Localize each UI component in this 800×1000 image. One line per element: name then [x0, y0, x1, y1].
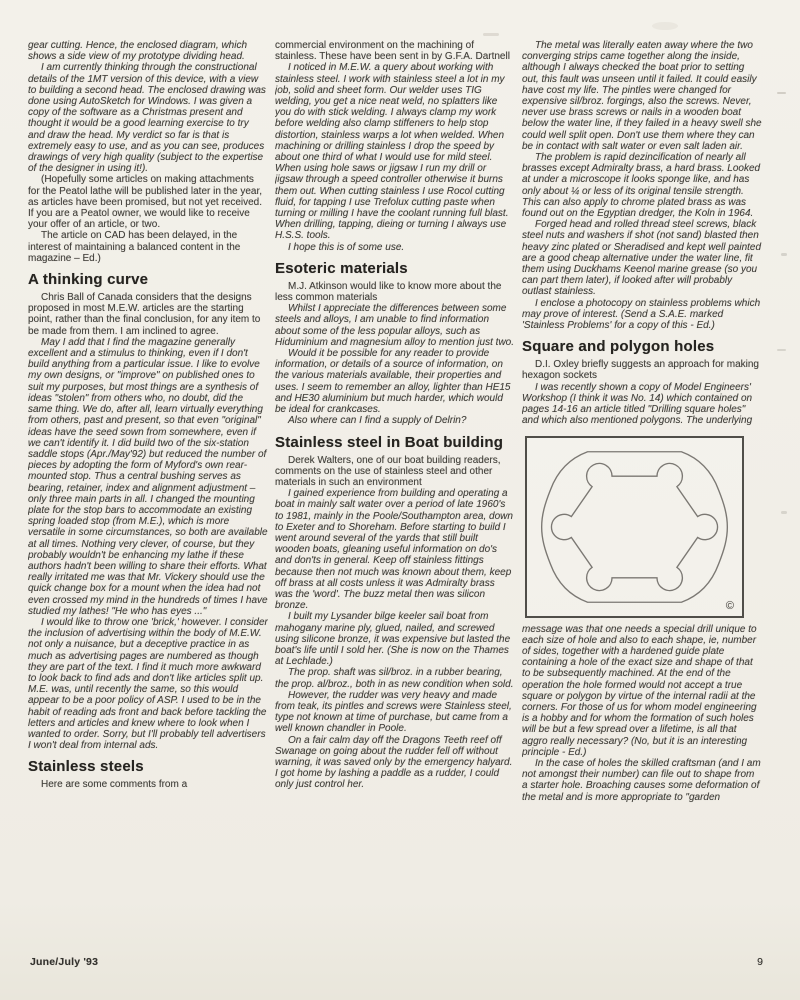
paragraph: Would it be possible for any reader to p… [275, 348, 515, 415]
magazine-page: gear cutting. Hence, the enclosed diagra… [0, 0, 800, 1000]
paragraph: I enclose a photocopy on stainless probl… [522, 298, 762, 332]
paragraph: Chris Ball of Canada considers that the … [28, 292, 268, 337]
paragraph: Whilst I appreciate the differences betw… [275, 303, 515, 348]
paragraph: The problem is rapid dezincification of … [522, 152, 762, 219]
paragraph: In the case of holes the skilled craftsm… [522, 758, 762, 803]
scan-artifact [777, 349, 786, 351]
paragraph: gear cutting. Hence, the enclosed diagra… [28, 40, 268, 62]
footer-page-number: 9 [757, 956, 763, 968]
inner-hex-lobe-profile [551, 463, 717, 590]
section-heading: A thinking curve [28, 272, 268, 288]
paragraph: I gained experience from building and op… [275, 488, 515, 611]
paragraph: The article on CAD has been delayed, in … [28, 230, 268, 264]
column-2: commercial environment on the machining … [275, 40, 515, 956]
paragraph: Here are some comments from a [28, 779, 268, 790]
hexagon-socket-drawing [527, 438, 742, 616]
section-heading: Stainless steels [28, 759, 268, 775]
scan-artifact [483, 33, 499, 36]
paragraph: I would like to throw one 'brick,' howev… [28, 617, 268, 751]
paragraph: (Hopefully some articles on making attac… [28, 174, 268, 230]
column-3: The metal was literally eaten away where… [522, 40, 762, 956]
paragraph: I built my Lysander bilge keeler sail bo… [275, 611, 515, 667]
outer-rounded-hexagon-profile [542, 451, 728, 602]
paragraph: M.J. Atkinson would like to know more ab… [275, 281, 515, 303]
paragraph: The prop. shaft was sil/broz. in a rubbe… [275, 667, 515, 689]
paragraph: message was that one needs a special dri… [522, 624, 762, 758]
page-footer: June/July '93 9 [30, 956, 763, 968]
paragraph: On a fair calm day off the Dragons Teeth… [275, 735, 515, 791]
paragraph: Forged head and rolled thread steel scre… [522, 219, 762, 297]
section-heading: Square and polygon holes [522, 339, 762, 355]
paragraph: The metal was literally eaten away where… [522, 40, 762, 152]
paragraph: I am currently thinking through the cons… [28, 62, 268, 174]
paragraph: May I add that I find the magazine gener… [28, 337, 268, 617]
copyright-icon: © [726, 601, 734, 612]
column-1: gear cutting. Hence, the enclosed diagra… [28, 40, 268, 956]
scan-artifact [781, 253, 787, 256]
section-heading: Stainless steel in Boat building [275, 435, 515, 451]
scan-artifact [777, 92, 786, 94]
text-columns: gear cutting. Hence, the enclosed diagra… [28, 40, 762, 956]
paragraph: I was recently shown a copy of Model Eng… [522, 382, 762, 427]
section-heading: Esoteric materials [275, 261, 515, 277]
hexagon-socket-diagram: © [525, 436, 744, 618]
paragraph: D.I. Oxley briefly suggests an approach … [522, 359, 762, 381]
paragraph: Derek Walters, one of our boat building … [275, 455, 515, 489]
paragraph: I noticed in M.E.W. a query about workin… [275, 62, 515, 241]
paragraph: I hope this is of some use. [275, 242, 515, 253]
paragraph: commercial environment on the machining … [275, 40, 515, 62]
scan-artifact [781, 511, 787, 514]
scan-artifact [652, 22, 678, 30]
paragraph: Also where can I find a supply of Delrin… [275, 415, 515, 426]
footer-issue-date: June/July '93 [30, 956, 98, 968]
paragraph: However, the rudder was very heavy and m… [275, 690, 515, 735]
